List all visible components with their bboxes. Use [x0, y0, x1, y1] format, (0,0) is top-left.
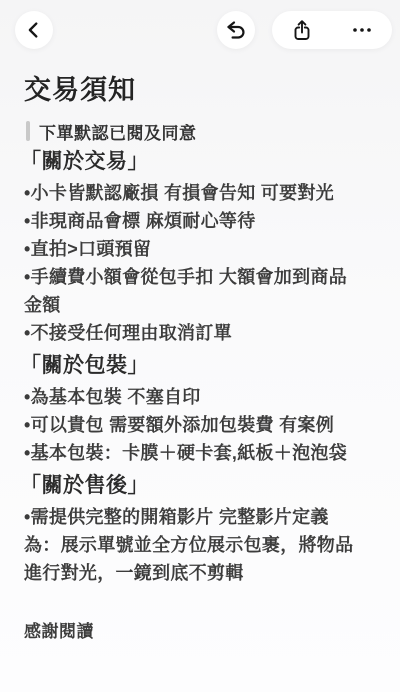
section-heading-packaging: 「關於包裝」 — [20, 351, 376, 381]
consent-note-text: 下單默認已閱及同意 — [39, 119, 197, 144]
more-button[interactable] — [332, 11, 392, 49]
notice-item: •需提供完整的開箱影片 完整影片定義 為：展示單號並全方位展示包裹，將物品 進行… — [24, 503, 376, 587]
quote-bar — [26, 121, 30, 141]
share-button[interactable] — [272, 11, 332, 49]
page-title: 交易須知 — [24, 73, 376, 107]
share-more-pill — [272, 11, 392, 49]
notice-item: •直拍>口頭預留 — [24, 235, 376, 263]
more-icon — [349, 18, 375, 42]
notice-article: 交易須知 下單默認已閱及同意 「關於交易」 •小卡皆默認廠損 有損會告知 可要對… — [0, 62, 400, 645]
back-button[interactable] — [15, 11, 53, 49]
toolbar — [0, 0, 400, 62]
notice-item: •非現商品會標 麻煩耐心等待 — [24, 207, 376, 235]
notice-item: •手續費小額會從包手扣 大額會加到商品 金額 — [24, 263, 376, 319]
notice-item: •為基本包裝 不塞自印 — [24, 383, 376, 411]
share-icon — [290, 18, 314, 42]
section-heading-trade: 「關於交易」 — [20, 147, 376, 177]
undo-icon — [224, 18, 248, 42]
undo-button[interactable] — [217, 11, 255, 49]
closing-note: 感謝閱讀 — [24, 619, 376, 645]
section-heading-aftersales: 「關於售後」 — [20, 471, 376, 501]
consent-note: 下單默認已閱及同意 — [26, 119, 376, 143]
notice-item: •不接受任何理由取消訂單 — [24, 319, 376, 347]
back-chevron-icon — [23, 19, 45, 41]
notice-item: •基本包裝：卡膜＋硬卡套,紙板＋泡泡袋 — [24, 439, 376, 467]
notice-item: •小卡皆默認廠損 有損會告知 可要對光 — [24, 179, 376, 207]
notice-item: •可以貴包 需要額外添加包裝費 有案例 — [24, 411, 376, 439]
